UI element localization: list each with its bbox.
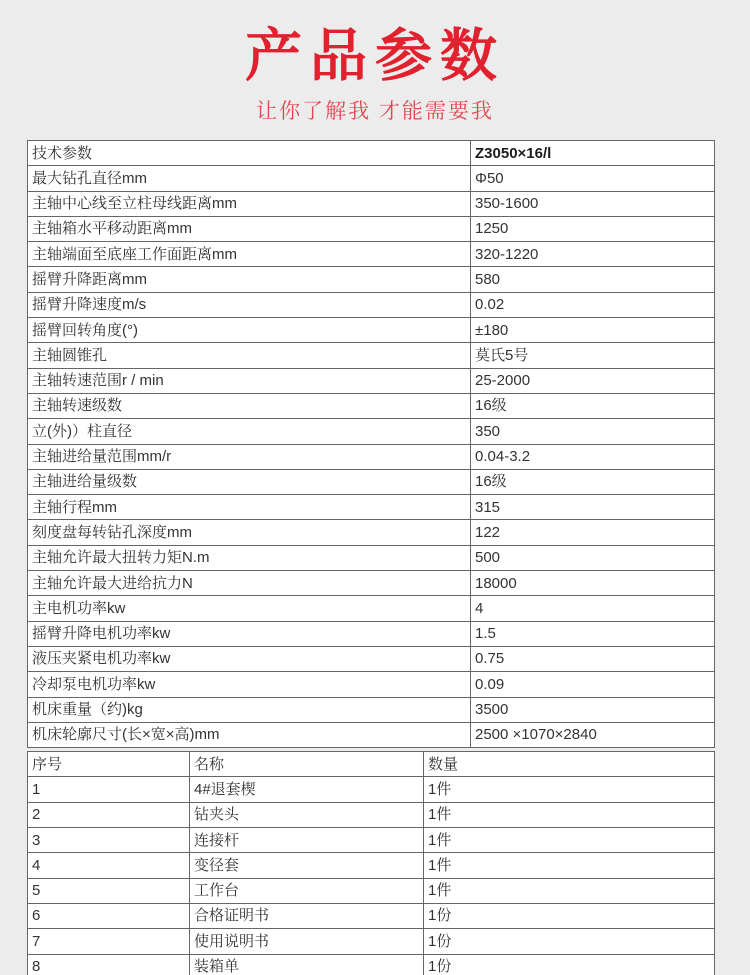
spec-row-value: 16级 [471,469,715,494]
packing-row: 5工作台1件 [28,878,715,903]
packing-table-body: 序号 名称 数量 14#退套楔1件2钻夹头1件3连接杆1件4变径套1件5工作台1… [28,752,715,975]
spec-row-value: 350 [471,419,715,444]
spec-row-value: ±180 [471,318,715,343]
packing-row-name: 使用说明书 [190,929,424,954]
spec-row: 摇臂升降距离mm580 [28,267,715,292]
spec-row-label: 主轴进给量级数 [28,469,471,494]
spec-row-label: 立(外)）柱直径 [28,419,471,444]
spec-row-value: 0.02 [471,292,715,317]
spec-row-value: 4 [471,596,715,621]
spec-row: 主轴箱水平移动距离mm1250 [28,216,715,241]
spec-row-value: 0.09 [471,672,715,697]
packing-row-name: 4#退套楔 [190,777,424,802]
spec-row-label: 主轴箱水平移动距离mm [28,216,471,241]
spec-table: 技术参数 Z3050×16/l 最大钻孔直径mmΦ50主轴中心线至立柱母线距离m… [27,140,715,748]
spec-table-body: 技术参数 Z3050×16/l 最大钻孔直径mmΦ50主轴中心线至立柱母线距离m… [28,141,715,748]
spec-row: 主轴转速级数16级 [28,393,715,418]
spec-row: 主轴进给量范围mm/r0.04-3.2 [28,444,715,469]
packing-header-no: 序号 [28,752,190,777]
spec-row-value: 122 [471,520,715,545]
packing-row-name: 装箱单 [190,954,424,975]
spec-row-value: 315 [471,495,715,520]
spec-row-label: 主电机功率kw [28,596,471,621]
spec-row-value: 350-1600 [471,191,715,216]
spec-row-label: 主轴端面至底座工作面距离mm [28,242,471,267]
spec-row: 主轴允许最大扭转力矩N.m500 [28,545,715,570]
packing-row-no: 7 [28,929,190,954]
packing-row-no: 4 [28,853,190,878]
spec-row: 摇臂升降电机功率kw1.5 [28,621,715,646]
packing-row-qty: 1件 [424,878,715,903]
packing-row-name: 工作台 [190,878,424,903]
spec-row-label: 刻度盘每转钻孔深度mm [28,520,471,545]
spec-row: 主轴转速范围r / min25-2000 [28,368,715,393]
packing-row-no: 6 [28,903,190,928]
spec-row-label: 主轴允许最大进给抗力N [28,571,471,596]
spec-row-value: 25-2000 [471,368,715,393]
spec-row: 主轴行程mm315 [28,495,715,520]
packing-row-qty: 1件 [424,777,715,802]
spec-row-label: 主轴转速级数 [28,393,471,418]
packing-row-name: 连接杆 [190,828,424,853]
spec-row: 机床轮廓尺寸(长×宽×高)mm2500 ×1070×2840 [28,722,715,747]
packing-table: 序号 名称 数量 14#退套楔1件2钻夹头1件3连接杆1件4变径套1件5工作台1… [27,751,715,975]
spec-row-label: 摇臂升降电机功率kw [28,621,471,646]
packing-row: 14#退套楔1件 [28,777,715,802]
packing-row-qty: 1份 [424,903,715,928]
packing-row-qty: 1份 [424,929,715,954]
packing-row: 7使用说明书1份 [28,929,715,954]
packing-row-name: 合格证明书 [190,903,424,928]
spec-row-value: 580 [471,267,715,292]
packing-row-qty: 1份 [424,954,715,975]
spec-row-label: 主轴行程mm [28,495,471,520]
spec-row-label: 摇臂回转角度(°) [28,318,471,343]
spec-row-label: 液压夹紧电机功率kw [28,646,471,671]
spec-row-label: 主轴中心线至立柱母线距离mm [28,191,471,216]
page-subtitle: 让你了解我 才能需要我 [0,100,750,124]
spec-row-label: 冷却泵电机功率kw [28,672,471,697]
spec-row-value: 0.75 [471,646,715,671]
spec-row-label: 机床重量（约)kg [28,697,471,722]
spec-row-value: 18000 [471,571,715,596]
packing-row-qty: 1件 [424,828,715,853]
packing-row-no: 2 [28,802,190,827]
spec-row-value: 莫氏5号 [471,343,715,368]
page-header: 产品参数 让你了解我 才能需要我 [0,0,750,124]
spec-row-value: 2500 ×1070×2840 [471,722,715,747]
packing-row: 8装箱单1份 [28,954,715,975]
spec-row-label: 主轴转速范围r / min [28,368,471,393]
spec-row-value: 16级 [471,393,715,418]
spec-row: 主轴端面至底座工作面距离mm320-1220 [28,242,715,267]
spec-row-value: 3500 [471,697,715,722]
spec-header-row: 技术参数 Z3050×16/l [28,141,715,166]
spec-row: 主轴允许最大进给抗力N18000 [28,571,715,596]
spec-row-value: 1.5 [471,621,715,646]
packing-row: 4变径套1件 [28,853,715,878]
spec-row-label: 主轴圆锥孔 [28,343,471,368]
packing-row-qty: 1件 [424,802,715,827]
packing-header-name: 名称 [190,752,424,777]
spec-row-value: Φ50 [471,166,715,191]
spec-row: 刻度盘每转钻孔深度mm122 [28,520,715,545]
spec-row-value: 1250 [471,216,715,241]
spec-row: 主电机功率kw4 [28,596,715,621]
spec-row: 立(外)）柱直径350 [28,419,715,444]
spec-header-value: Z3050×16/l [471,141,715,166]
packing-row-no: 8 [28,954,190,975]
spec-header-label: 技术参数 [28,141,471,166]
spec-row-label: 摇臂升降距离mm [28,267,471,292]
spec-row-value: 320-1220 [471,242,715,267]
packing-row: 2钻夹头1件 [28,802,715,827]
spec-row-label: 主轴进给量范围mm/r [28,444,471,469]
spec-row: 主轴圆锥孔莫氏5号 [28,343,715,368]
spec-row-label: 摇臂升降速度m/s [28,292,471,317]
product-params-page: 产品参数 让你了解我 才能需要我 技术参数 Z3050×16/l 最大钻孔直径m… [0,0,750,975]
packing-row-qty: 1件 [424,853,715,878]
page-title: 产品参数 [0,25,750,87]
spec-row: 冷却泵电机功率kw0.09 [28,672,715,697]
packing-row-name: 变径套 [190,853,424,878]
packing-row-no: 1 [28,777,190,802]
packing-row-name: 钻夹头 [190,802,424,827]
spec-row: 主轴中心线至立柱母线距离mm350-1600 [28,191,715,216]
packing-row-no: 3 [28,828,190,853]
packing-row-no: 5 [28,878,190,903]
spec-row: 机床重量（约)kg3500 [28,697,715,722]
spec-row: 最大钻孔直径mmΦ50 [28,166,715,191]
spec-row-label: 最大钻孔直径mm [28,166,471,191]
spec-row-value: 500 [471,545,715,570]
packing-header-row: 序号 名称 数量 [28,752,715,777]
spec-row-label: 主轴允许最大扭转力矩N.m [28,545,471,570]
spec-row: 液压夹紧电机功率kw0.75 [28,646,715,671]
packing-row: 3连接杆1件 [28,828,715,853]
spec-row: 摇臂回转角度(°)±180 [28,318,715,343]
spec-row: 摇臂升降速度m/s0.02 [28,292,715,317]
spec-row-value: 0.04-3.2 [471,444,715,469]
spec-row: 主轴进给量级数16级 [28,469,715,494]
packing-row: 6合格证明书1份 [28,903,715,928]
spec-row-label: 机床轮廓尺寸(长×宽×高)mm [28,722,471,747]
packing-header-qty: 数量 [424,752,715,777]
